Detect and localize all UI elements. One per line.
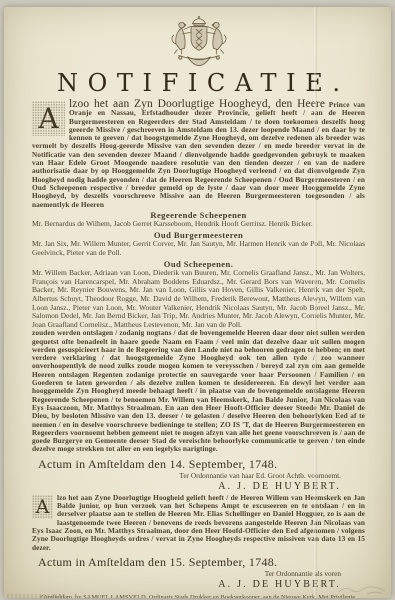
ordonnantie-block-1: Ter Ordonnantie van haar Ed. Groot Achtb… [32,472,341,493]
document-paper: NOTIFICATIE. A lzoo het aan Zyn Doorlugt… [4,7,391,598]
lion-right-icon [207,22,225,54]
paragraph-resolution: zouden werden ontslagen / zodanig nogtan… [32,329,365,453]
actum-line-2: Actum in Amſteldam den 15. September, 17… [38,556,365,569]
names-oud-scheepenen: Mr. Willem Backer, Adriaan van Loon, Die… [32,269,365,329]
signature-1: A. J. DE HUYBERT. [32,481,341,493]
actum-line-1: Actum in Amſteldam den 14. September, 17… [38,458,365,471]
paragraph-second-notice: A lzo het aan Zyne Doorlugtige Hoogheid … [32,494,365,552]
document-title: NOTIFICATIE. [32,69,365,97]
paragraph-intro-body: Prince van Oranje en Nassau, Erfstadhoud… [32,100,365,209]
drop-cap-initial-2: A [32,495,53,519]
ordonnantie-text-1: Ter Ordonnantie van haar Ed. Groot Achtb… [32,472,341,480]
names-oud-burgermeesteren: Mr. Jan Six, Mr. Willem Munter, Gerrit C… [32,240,365,257]
ordonnantie-block-2: Ter Ordonnantie als voren A. J. DE HUYBE… [32,570,341,591]
drop-cap-initial-1: A [32,101,65,136]
paragraph-second-notice-body: lzo het aan Zyne Doorlugtige Hoogheid ge… [32,493,365,552]
ordonnantie-text-2: Ter Ordonnantie als voren [32,570,341,578]
signature-2: A. J. DE HUYBERT. [32,579,341,591]
imprint-line: t'Amſteldam, by SAMUEL LAMSVELD, Ordinar… [32,594,365,598]
lion-left-icon [171,22,189,54]
names-regeerende-scheepenen: Mr. Bernardus de Wilhem, Jacob Gerret Ka… [32,220,365,229]
amsterdam-coat-of-arms [151,15,247,67]
paragraph-intro: A lzoo het aan Zyn Doorlugtige Hoogheyd,… [32,100,365,209]
